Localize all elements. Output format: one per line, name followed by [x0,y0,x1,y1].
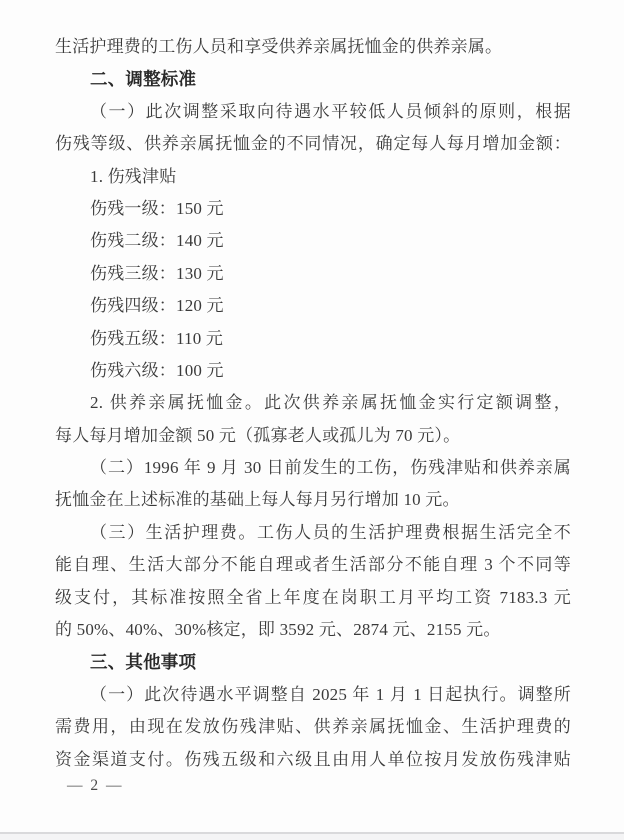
text-line: 伤残五级：110 元 [55,323,571,355]
text-line: 伤残等级、供养亲属抚恤金的不同情况，确定每人每月增加金额： [55,128,571,160]
text-line: 伤残四级：120 元 [55,290,571,322]
document-body: 生活护理费的工伤人员和享受供养亲属抚恤金的供养亲属。二、调整标准（一）此次调整采… [55,31,571,776]
text-line: 生活护理费的工伤人员和享受供养亲属抚恤金的供养亲属。 [55,31,571,63]
text-line: （一）此次调整采取向待遇水平较低人员倾斜的原则，根据 [55,96,571,128]
text-line: 需费用，由现在发放伤残津贴、供养亲属抚恤金、生活护理费的 [55,711,571,743]
text-line: 抚恤金在上述标准的基础上每人每月另行增加 10 元。 [55,484,571,516]
text-line: 的 50%、40%、30%核定，即 3592 元、2874 元、2155 元。 [55,614,571,646]
text-line: 伤残六级：100 元 [55,355,571,387]
text-line: 级支付，其标准按照全省上年度在岗职工月平均工资 7183.3 元 [55,582,571,614]
text-line: 1. 伤残津贴 [55,161,571,193]
text-line: 能自理、生活大部分不能自理或者生活部分不能自理 3 个不同等 [55,549,571,581]
text-line: 2. 供养亲属抚恤金。此次供养亲属抚恤金实行定额调整， [55,387,571,419]
text-line: 资金渠道支付。伤残五级和六级且由用人单位按月发放伤残津贴 [55,744,571,776]
section-heading: 三、其他事项 [55,646,571,678]
text-line: 伤残三级：130 元 [55,258,571,290]
text-line: （一）此次待遇水平调整自 2025 年 1 月 1 日起执行。调整所 [55,679,571,711]
scan-edge-area [0,834,624,840]
document-page: 生活护理费的工伤人员和享受供养亲属抚恤金的供养亲属。二、调整标准（一）此次调整采… [0,0,624,840]
text-line: 每人每月增加金额 50 元（孤寡老人或孤儿为 70 元）。 [55,420,571,452]
page-number: — 2 — [67,774,124,798]
text-line: 伤残二级：140 元 [55,225,571,257]
text-line: （二）1996 年 9 月 30 日前发生的工伤，伤残津贴和供养亲属 [55,452,571,484]
text-line: （三）生活护理费。工伤人员的生活护理费根据生活完全不 [55,517,571,549]
text-line: 伤残一级：150 元 [55,193,571,225]
section-heading: 二、调整标准 [55,63,571,95]
